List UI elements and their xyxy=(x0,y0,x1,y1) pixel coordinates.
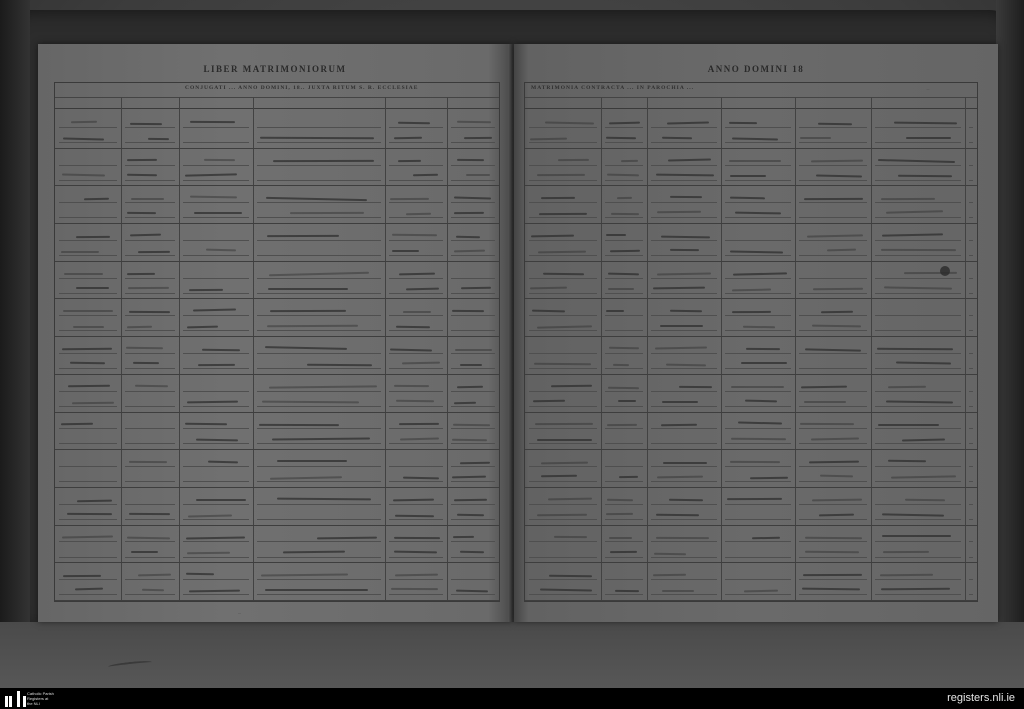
handwritten-entry xyxy=(142,589,164,591)
handwritten-entry xyxy=(615,590,639,592)
ruled-line xyxy=(651,406,717,407)
handwritten-entry xyxy=(268,288,348,290)
ruled-line xyxy=(799,293,867,294)
handwritten-entry xyxy=(656,174,714,177)
ruled-line xyxy=(799,466,867,467)
ruled-line xyxy=(451,142,495,143)
handwritten-entry xyxy=(403,310,431,312)
nli-logo-icon[interactable] xyxy=(5,690,26,707)
ruled-line xyxy=(125,127,175,128)
handwritten-entry xyxy=(730,250,783,253)
handwritten-entry xyxy=(194,212,242,214)
ruled-line xyxy=(651,240,717,241)
ruled-line xyxy=(389,180,443,181)
handwritten-entry xyxy=(261,573,348,576)
handwritten-entry xyxy=(391,588,438,590)
register-entry-row xyxy=(55,224,499,262)
handwritten-entry xyxy=(743,589,777,592)
ruled-line xyxy=(183,330,249,331)
ruled-line xyxy=(875,443,961,444)
handwritten-entry xyxy=(190,196,237,199)
ruled-line xyxy=(725,165,791,166)
handwritten-entry xyxy=(730,175,766,177)
handwritten-entry xyxy=(882,513,944,516)
ruled-line xyxy=(725,293,791,294)
ruled-line xyxy=(725,541,791,542)
ruled-line xyxy=(125,165,175,166)
handwritten-entry xyxy=(406,213,431,215)
ruled-line xyxy=(875,293,961,294)
ruled-line xyxy=(529,391,597,392)
ruled-line xyxy=(875,353,961,354)
handwritten-entry xyxy=(196,439,238,442)
ruled-line xyxy=(651,504,717,505)
ruled-line xyxy=(257,353,381,354)
handwritten-entry xyxy=(456,590,488,593)
handwritten-entry xyxy=(460,461,490,464)
handwritten-entry xyxy=(398,160,421,162)
handwritten-entry xyxy=(610,551,637,553)
handwritten-entry xyxy=(126,347,163,349)
handwritten-entry xyxy=(537,326,592,329)
register-page-right: ANNO DOMINI 18 MATRIMONIA CONTRACTA ... … xyxy=(514,44,998,622)
handwritten-entry xyxy=(657,475,703,478)
handwritten-entry xyxy=(881,249,956,251)
ruled-line xyxy=(389,330,443,331)
ruled-line xyxy=(389,142,443,143)
ruled-line xyxy=(257,278,381,279)
handwritten-entry xyxy=(621,160,638,162)
handwritten-entry xyxy=(800,422,854,424)
ruled-line xyxy=(529,142,597,143)
ruled-line xyxy=(725,278,791,279)
handwritten-entry xyxy=(64,273,103,275)
handwritten-entry xyxy=(129,513,170,515)
ruled-line xyxy=(875,541,961,542)
ruled-line xyxy=(969,255,973,256)
handwritten-entry xyxy=(127,174,157,177)
ruled-line xyxy=(125,368,175,369)
ruled-line xyxy=(969,142,973,143)
handwritten-entry xyxy=(63,137,104,140)
ruled-line xyxy=(183,278,249,279)
ruled-line xyxy=(125,519,175,520)
handwritten-entry xyxy=(133,362,159,364)
handwritten-entry xyxy=(609,347,639,350)
ruled-line xyxy=(875,504,961,505)
ruled-line xyxy=(389,428,443,429)
handwritten-entry xyxy=(186,573,214,575)
handwritten-entry xyxy=(466,174,490,176)
handwritten-entry xyxy=(750,477,788,480)
ruled-line xyxy=(605,594,643,595)
ruled-line xyxy=(529,240,597,241)
ruled-line xyxy=(257,217,381,218)
handwritten-entry xyxy=(129,461,167,463)
ruled-line xyxy=(605,330,643,331)
ruled-line xyxy=(451,481,495,482)
ruled-line xyxy=(651,391,717,392)
image-viewer[interactable]: LIBER MATRIMONIORUM CONJUGATI ... ANNO D… xyxy=(0,0,1024,688)
ruled-line xyxy=(969,428,973,429)
handwritten-entry xyxy=(663,462,707,464)
ruled-line xyxy=(725,127,791,128)
ruled-line xyxy=(725,315,791,316)
ruled-line xyxy=(651,541,717,542)
handwritten-entry xyxy=(533,400,565,403)
handwritten-entry xyxy=(453,536,474,538)
ruled-line xyxy=(59,519,117,520)
handwritten-entry xyxy=(269,271,369,276)
handwritten-entry xyxy=(452,476,486,479)
ruled-line xyxy=(875,579,961,580)
ruled-line xyxy=(451,353,495,354)
ruled-line xyxy=(451,202,495,203)
handwritten-entry xyxy=(618,400,636,402)
ruled-line xyxy=(799,504,867,505)
ruled-line xyxy=(183,255,249,256)
table-surface xyxy=(0,622,1024,688)
ruled-line xyxy=(529,557,597,558)
register-entry-row xyxy=(55,413,499,451)
ruled-line xyxy=(451,330,495,331)
handwritten-entry xyxy=(390,197,429,199)
ruled-line xyxy=(59,406,117,407)
handwritten-entry xyxy=(400,437,439,440)
ruled-line xyxy=(125,255,175,256)
handwritten-entry xyxy=(801,386,847,389)
handwritten-entry xyxy=(130,122,162,124)
ruled-line xyxy=(59,353,117,354)
ruled-line xyxy=(529,466,597,467)
handwritten-entry xyxy=(454,197,491,200)
ruled-line xyxy=(605,180,643,181)
handwritten-entry xyxy=(63,575,101,577)
handwritten-entry xyxy=(802,588,860,591)
ruled-line xyxy=(725,579,791,580)
ruled-line xyxy=(451,240,495,241)
ruled-line xyxy=(451,443,495,444)
handwritten-entry xyxy=(265,589,368,591)
ruled-line xyxy=(257,391,381,392)
ruled-line xyxy=(651,557,717,558)
ruled-line xyxy=(257,368,381,369)
register-entry-row xyxy=(525,563,977,601)
handwritten-entry xyxy=(730,461,780,463)
handwritten-entry xyxy=(396,400,434,402)
handwritten-entry xyxy=(269,385,377,388)
ruled-line xyxy=(389,202,443,203)
handwritten-entry xyxy=(805,550,859,553)
register-entry-row xyxy=(525,111,977,149)
ruled-line xyxy=(59,504,117,505)
ruled-line xyxy=(875,180,961,181)
handwritten-entry xyxy=(538,250,586,253)
ruled-line xyxy=(125,202,175,203)
ruled-line xyxy=(799,557,867,558)
ruled-line xyxy=(651,217,717,218)
ruled-line xyxy=(183,504,249,505)
handwritten-entry xyxy=(730,196,765,199)
ruled-line xyxy=(605,293,643,294)
ruled-line xyxy=(59,255,117,256)
ruled-line xyxy=(799,353,867,354)
ruled-line xyxy=(799,391,867,392)
handwritten-entry xyxy=(265,346,347,350)
handwritten-entry xyxy=(127,273,155,275)
ruled-line xyxy=(183,519,249,520)
ruled-line xyxy=(183,202,249,203)
ink-spot xyxy=(940,266,950,276)
ruled-line xyxy=(605,504,643,505)
ruled-line xyxy=(969,519,973,520)
ruled-line xyxy=(59,217,117,218)
ruled-line xyxy=(799,165,867,166)
ruled-line xyxy=(651,466,717,467)
ruled-line xyxy=(725,481,791,482)
handwritten-entry xyxy=(395,573,438,576)
ruled-line xyxy=(183,127,249,128)
ruled-line xyxy=(183,240,249,241)
handwritten-entry xyxy=(277,498,371,501)
ruled-line xyxy=(125,315,175,316)
ruled-line xyxy=(183,353,249,354)
handwritten-entry xyxy=(260,136,374,139)
ruled-line xyxy=(529,481,597,482)
handwritten-entry xyxy=(882,535,951,537)
handwritten-entry xyxy=(403,476,439,479)
ruled-line xyxy=(451,579,495,580)
ruled-line xyxy=(125,466,175,467)
handwritten-entry xyxy=(735,211,782,214)
ruled-line xyxy=(125,180,175,181)
handwritten-entry xyxy=(613,364,629,366)
handwritten-entry xyxy=(656,537,709,539)
ruled-line xyxy=(125,293,175,294)
handwritten-entry xyxy=(540,588,592,591)
ruled-line xyxy=(605,217,643,218)
ruled-line xyxy=(969,165,973,166)
handwritten-entry xyxy=(307,363,372,366)
ruled-line xyxy=(725,202,791,203)
handwritten-entry xyxy=(452,310,484,312)
ruled-line xyxy=(451,391,495,392)
handwritten-entry xyxy=(667,121,709,124)
handwritten-entry xyxy=(131,551,158,553)
ruled-line xyxy=(799,180,867,181)
ruled-line xyxy=(59,330,117,331)
ruled-line xyxy=(257,202,381,203)
handwritten-entry xyxy=(558,159,589,161)
handwritten-entry xyxy=(882,233,943,236)
ruled-line xyxy=(969,278,973,279)
handwritten-entry xyxy=(804,401,846,403)
ruled-line xyxy=(183,428,249,429)
handwritten-entry xyxy=(661,424,697,427)
handwritten-entry xyxy=(189,288,223,290)
handwritten-entry xyxy=(813,287,863,290)
ruled-line xyxy=(59,142,117,143)
ruled-line xyxy=(529,293,597,294)
handwritten-entry xyxy=(394,551,437,554)
ruled-line xyxy=(651,278,717,279)
ruled-line xyxy=(389,579,443,580)
ruled-line xyxy=(799,481,867,482)
ruled-line xyxy=(451,541,495,542)
register-entry-row xyxy=(55,488,499,526)
ruled-line xyxy=(125,481,175,482)
handwritten-entry xyxy=(669,499,703,502)
ruled-line xyxy=(651,180,717,181)
ruled-line xyxy=(875,278,961,279)
subheader-right: MATRIMONIA CONTRACTA ... IN PAROCHIA ... xyxy=(531,85,694,91)
handwritten-entry xyxy=(880,573,933,576)
register-entry-row xyxy=(525,375,977,413)
handwritten-entry xyxy=(660,325,703,327)
handwritten-entry xyxy=(189,589,240,592)
handwritten-entry xyxy=(537,174,585,176)
handwritten-entry xyxy=(619,476,638,478)
ruled-line xyxy=(799,368,867,369)
handwritten-entry xyxy=(881,588,950,591)
handwritten-entry xyxy=(729,160,781,162)
handwritten-entry xyxy=(607,499,633,502)
ruled-line xyxy=(183,217,249,218)
ruled-line xyxy=(183,293,249,294)
handwritten-entry xyxy=(392,250,419,252)
ruled-line xyxy=(605,240,643,241)
ruled-line xyxy=(257,466,381,467)
ruled-line xyxy=(529,541,597,542)
ruled-line xyxy=(529,127,597,128)
handwritten-entry xyxy=(187,325,218,328)
ruled-line xyxy=(529,165,597,166)
ruled-line xyxy=(969,293,973,294)
handwritten-entry xyxy=(208,460,239,463)
subheader-left: CONJUGATI ... ANNO DOMINI, 18.. JUXTA RI… xyxy=(185,85,418,91)
ruled-line xyxy=(257,255,381,256)
handwritten-entry xyxy=(905,499,945,502)
ruled-line xyxy=(389,165,443,166)
ruled-line xyxy=(389,368,443,369)
handwritten-entry xyxy=(128,287,169,289)
handwritten-entry xyxy=(732,288,771,291)
handwritten-entry xyxy=(655,347,707,350)
handwritten-entry xyxy=(554,535,587,537)
ruled-line xyxy=(257,481,381,482)
ruled-line xyxy=(725,217,791,218)
handwritten-entry xyxy=(138,574,171,577)
ruled-line xyxy=(725,466,791,467)
handwritten-entry xyxy=(62,347,112,350)
ruled-line xyxy=(451,557,495,558)
ruled-line xyxy=(125,142,175,143)
handwritten-entry xyxy=(827,249,856,252)
ruled-line xyxy=(969,217,973,218)
handwritten-entry xyxy=(187,401,238,404)
site-link[interactable]: registers.nli.ie xyxy=(947,692,1015,704)
ruled-line xyxy=(257,315,381,316)
handwritten-entry xyxy=(805,537,862,539)
ruled-line xyxy=(725,255,791,256)
handwritten-entry xyxy=(888,386,926,388)
register-entry-row xyxy=(525,526,977,564)
register-entry-row xyxy=(525,186,977,224)
handwritten-entry xyxy=(541,475,577,478)
ruled-line xyxy=(59,315,117,316)
ruled-line xyxy=(969,557,973,558)
ruled-line xyxy=(257,579,381,580)
ruled-line xyxy=(389,594,443,595)
ruled-line xyxy=(799,142,867,143)
handwritten-entry xyxy=(609,537,632,539)
handwritten-entry xyxy=(537,439,592,441)
ruled-line xyxy=(125,594,175,595)
ruled-line xyxy=(875,127,961,128)
handwritten-entry xyxy=(265,197,366,201)
ruled-line xyxy=(389,315,443,316)
handwritten-entry xyxy=(731,386,784,388)
handwritten-entry xyxy=(454,401,476,403)
handwritten-entry xyxy=(731,438,786,441)
handwritten-entry xyxy=(72,401,114,403)
handwritten-entry xyxy=(454,498,487,501)
ruled-line xyxy=(59,481,117,482)
handwritten-entry xyxy=(543,273,584,276)
handwritten-entry xyxy=(70,362,105,364)
ruled-line xyxy=(389,504,443,505)
ruled-line xyxy=(605,428,643,429)
ruled-line xyxy=(651,315,717,316)
handwritten-entry xyxy=(270,310,346,312)
ruled-line xyxy=(183,315,249,316)
ruled-line xyxy=(969,240,973,241)
ruled-line xyxy=(125,217,175,218)
handwritten-entry xyxy=(545,122,594,125)
viewer-left-edge xyxy=(0,0,30,688)
ruled-line xyxy=(605,443,643,444)
handwritten-entry xyxy=(670,310,702,313)
ruled-line xyxy=(969,541,973,542)
ruled-line xyxy=(799,406,867,407)
ruled-line xyxy=(799,579,867,580)
ruled-line xyxy=(451,519,495,520)
ruled-line xyxy=(389,541,443,542)
handwritten-entry xyxy=(804,198,863,200)
ruled-line xyxy=(59,293,117,294)
ruled-line xyxy=(183,180,249,181)
handwritten-entry xyxy=(290,212,364,214)
ruled-line xyxy=(875,594,961,595)
handwritten-entry xyxy=(803,574,862,576)
ruled-line xyxy=(651,481,717,482)
ruled-line xyxy=(389,406,443,407)
ruled-line xyxy=(725,180,791,181)
handwritten-entry xyxy=(812,325,861,328)
ruled-line xyxy=(451,466,495,467)
ruled-line xyxy=(59,594,117,595)
ruled-line xyxy=(59,202,117,203)
ruled-line xyxy=(651,594,717,595)
handwritten-entry xyxy=(187,552,230,554)
ruled-line xyxy=(529,504,597,505)
handwritten-entry xyxy=(670,196,702,198)
ruled-line xyxy=(969,504,973,505)
handwritten-entry xyxy=(131,198,164,200)
handwritten-entry xyxy=(657,272,711,275)
ruled-line xyxy=(59,428,117,429)
handwritten-entry xyxy=(656,514,699,516)
